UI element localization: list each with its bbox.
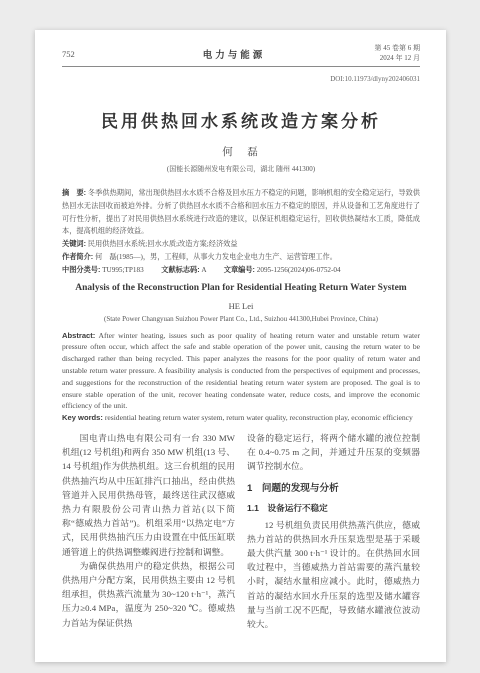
body-columns: 国电青山热电有限公司有一台 330 MW 机组(12 号机组)和两台 350 M… [62,431,420,631]
abstract-text-cn: 冬季供热期间，常出现供热回水水质不合格及回水压力不稳定的问题，影响机组的安全稳定… [62,189,420,235]
doi-line: DOI:10.11973/dlyny202406031 [62,75,420,83]
body-paragraph: 为确保供热用户的稳定供热，根据公司供热用户分配方案，民用供热主要由 12 号机组… [62,559,235,630]
clc-value: TU995;TP183 [102,266,144,274]
section-1-heading: 1 问题的发现与分析 [247,483,420,495]
article-title-en: Analysis of the Reconstruction Plan for … [62,283,420,293]
paper-page: 752 电力与能源 第 45 卷第 6 期 2024 年 12 月 DOI:10… [35,30,446,662]
abstract-cn: 摘 要: 冬季供热期间，常出现供热回水水质不合格及回水压力不稳定的问题，影响机组… [62,187,420,238]
keywords-label-cn: 关键词: [62,239,86,248]
keywords-text-en: residential heating return water system,… [105,413,413,422]
article-title-cn: 民用供热回水系统改造方案分析 [62,107,420,132]
affiliation-en: (State Power Changyuan Suizhou Power Pla… [62,315,420,323]
left-column: 国电青山热电有限公司有一台 330 MW 机组(12 号机组)和两台 350 M… [62,431,235,631]
body-paragraph: 设备的稳定运行，将两个储水罐的液位控制在 0.4~0.75 m 之间，并通过升压… [247,431,420,474]
article-no-value: 2095-1256(2024)06-0752-04 [257,266,341,274]
right-column: 设备的稳定运行，将两个储水罐的液位控制在 0.4~0.75 m 之间，并通过升压… [247,431,420,631]
article-no-label: 文章编号: [224,265,255,274]
author-bio-label: 作者简介: [62,252,93,261]
doc-code-label: 文献标志码: [161,265,199,274]
body-paragraph: 国电青山热电有限公司有一台 330 MW 机组(12 号机组)和两台 350 M… [62,431,235,559]
issue-date: 2024 年 12 月 [380,54,420,62]
header-rule [62,66,420,67]
page-number: 752 [62,49,122,59]
section-1-1-heading: 1.1 设备运行不稳定 [247,502,420,514]
author-cn: 何 磊 [62,144,420,159]
clc-label: 中图分类号: [62,265,100,274]
classification-line: 中图分类号: TU995;TP183 文献标志码: A 文章编号: 2095-1… [62,264,420,277]
abstract-label-cn: 摘 要: [62,188,86,197]
issue-info: 第 45 卷第 6 期 2024 年 12 月 [346,44,420,63]
abstract-en: Abstract: After winter heating, issues s… [62,330,420,413]
abstract-text-en: After winter heating, issues such as poo… [62,331,420,411]
doc-code-value: A [201,266,206,274]
keywords-cn: 关键词: 民用供热回水系统;回水水质;改造方案;经济效益 [62,238,420,251]
abstract-label-en: Abstract: [62,331,95,340]
keywords-text-cn: 民用供热回水系统;回水水质;改造方案;经济效益 [88,240,238,248]
affiliation-cn: (国能长源随州发电有限公司，湖北 随州 441300) [62,164,420,174]
volume-issue: 第 45 卷第 6 期 [375,44,421,52]
journal-name: 电力与能源 [122,47,346,61]
author-bio-line: 作者简介: 何 磊(1985—)，男，工程师，从事火力发电企业电力生产、运营管理… [62,251,420,264]
journal-header: 752 电力与能源 第 45 卷第 6 期 2024 年 12 月 [62,44,420,63]
author-en: HE Lei [62,301,420,311]
body-paragraph: 12 号机组负责民用供热蒸汽供应，德威热力首站的供热回水升压泵选型是基于采暖最大… [247,518,420,632]
author-bio-text: 何 磊(1985—)，男，工程师，从事火力发电企业电力生产、运营管理工作。 [95,253,337,261]
keywords-label-en: Key words: [62,413,103,422]
keywords-en: Key words: residential heating return wa… [62,412,420,424]
